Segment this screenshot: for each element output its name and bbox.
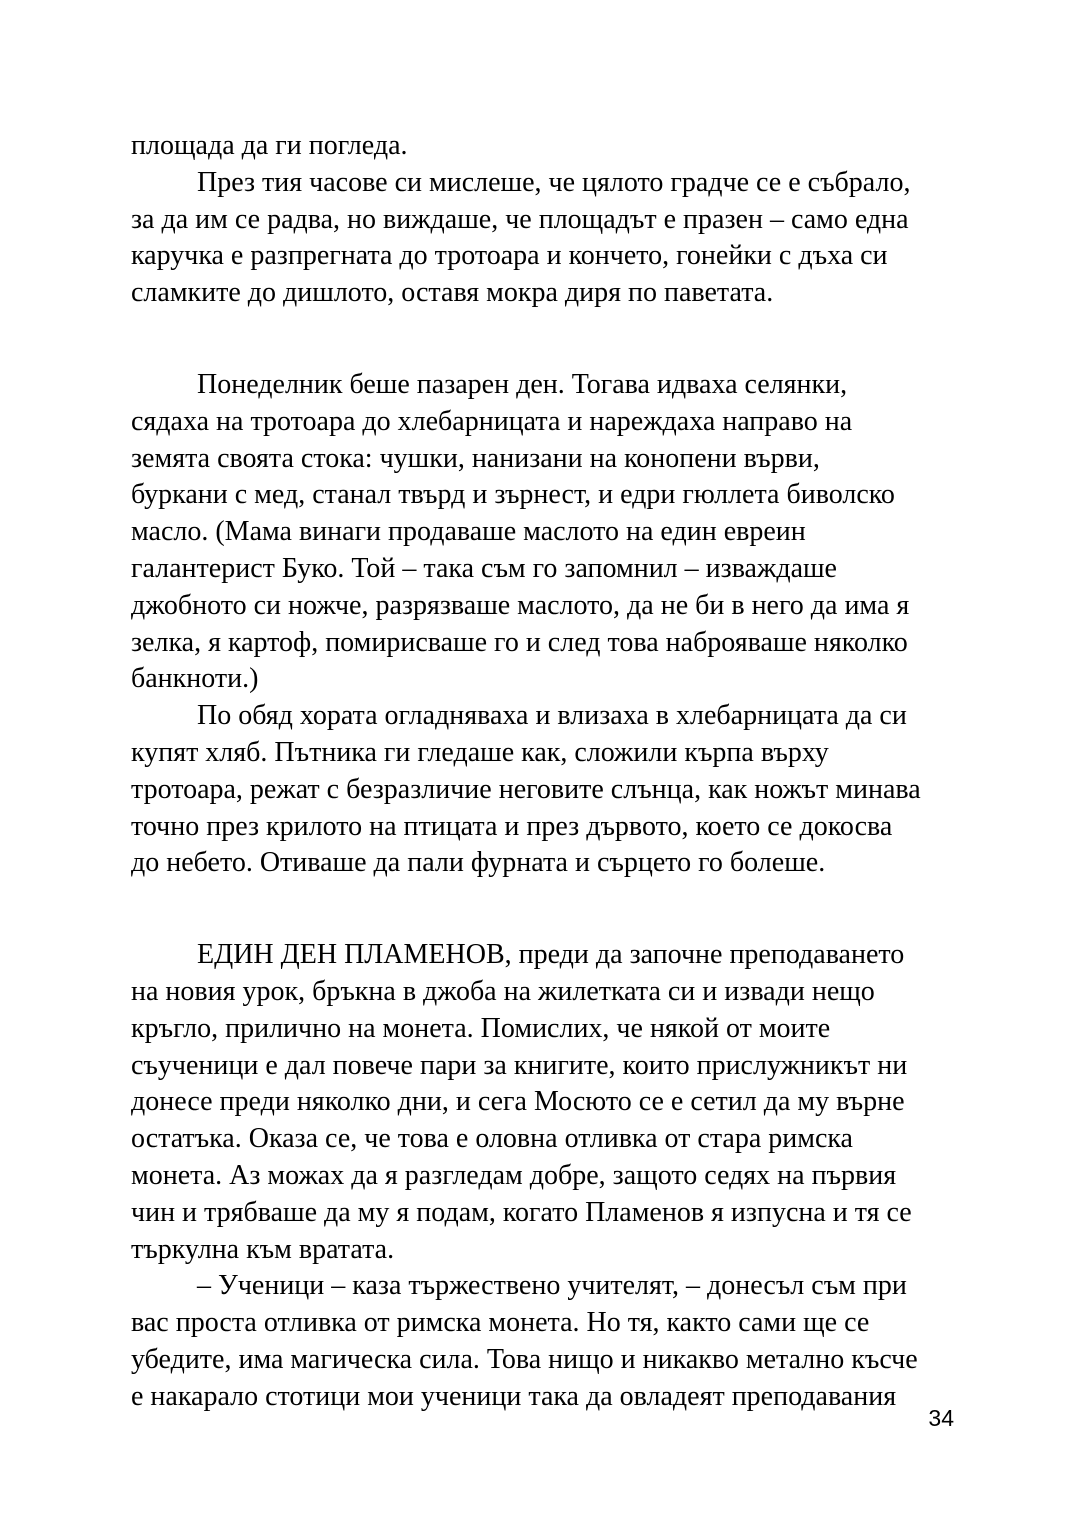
text-line: галантерист Буко. Той – така съм го запо… bbox=[131, 551, 956, 588]
text-line: зелка, я картоф, помирисваше го и след т… bbox=[131, 625, 956, 662]
text-line: – Ученици – каза тържествено учителят, –… bbox=[131, 1268, 956, 1305]
text-line: Понеделник беше пазарен ден. Тогава идва… bbox=[131, 367, 956, 404]
text-line: чин и трябваше да му я подам, когато Пла… bbox=[131, 1195, 956, 1232]
text-line: е накарало стотици мои ученици така да о… bbox=[131, 1379, 956, 1416]
paragraph: По обяд хората огладняваха и влизаха в х… bbox=[131, 698, 956, 882]
text-line: През тия часове си мислеше, че цялото гр… bbox=[131, 165, 956, 202]
paragraph: Понеделник беше пазарен ден. Тогава идва… bbox=[131, 367, 956, 698]
text-line: точно през крилото на птицата и през дър… bbox=[131, 809, 956, 846]
page-number: 34 bbox=[928, 1405, 954, 1432]
text-line: на новия урок, бръкна в джоба на жилетка… bbox=[131, 974, 956, 1011]
text-line: убедите, има магическа сила. Това нищо и… bbox=[131, 1342, 956, 1379]
text-line: земята своята стока: чушки, нанизани на … bbox=[131, 441, 956, 478]
text-line: каручка е разпрегната до тротоара и конч… bbox=[131, 238, 956, 275]
text-line: ЕДИН ДЕН ПЛАМЕНОВ, преди да започне преп… bbox=[131, 937, 956, 974]
text-line: тротоара, режат с безразличие неговите с… bbox=[131, 772, 956, 809]
text-line: джобното си ножче, разрязваше маслото, д… bbox=[131, 588, 956, 625]
paragraph: През тия часове си мислеше, че цялото гр… bbox=[131, 165, 956, 312]
text-line: вас проста отливка от римска монета. Но … bbox=[131, 1305, 956, 1342]
document-page: площада да ги погледа.През тия часове си… bbox=[0, 0, 1080, 1527]
text-line: купят хляб. Пътника ги гледаше как, слож… bbox=[131, 735, 956, 772]
text-line: до небето. Отиваше да пали фурната и сър… bbox=[131, 845, 956, 882]
text-line: кръгло, прилично на монета. Помислих, че… bbox=[131, 1011, 956, 1048]
page-text: площада да ги погледа.През тия часове си… bbox=[131, 128, 956, 1416]
text-line: По обяд хората огладняваха и влизаха в х… bbox=[131, 698, 956, 735]
text-line: сламките до дишлото, оставя мокра диря п… bbox=[131, 275, 956, 312]
paragraph: ЕДИН ДЕН ПЛАМЕНОВ, преди да започне преп… bbox=[131, 937, 956, 1268]
text-line: донесе преди няколко дни, и сега Мосюто … bbox=[131, 1084, 956, 1121]
text-line: сядаха на тротоара до хлебарницата и нар… bbox=[131, 404, 956, 441]
text-line: търкулна към вратата. bbox=[131, 1232, 956, 1269]
text-line: масло. (Мама винаги продаваше маслото на… bbox=[131, 514, 956, 551]
text-line: за да им се радва, но виждаше, че площад… bbox=[131, 202, 956, 239]
text-line: площада да ги погледа. bbox=[131, 128, 956, 165]
text-line: монета. Аз можах да я разгледам добре, з… bbox=[131, 1158, 956, 1195]
text-line: буркани с мед, станал твърд и зърнест, и… bbox=[131, 477, 956, 514]
text-line: банкноти.) bbox=[131, 661, 956, 698]
paragraph: площада да ги погледа. bbox=[131, 128, 956, 165]
text-line: остатъка. Оказа се, че това е оловна отл… bbox=[131, 1121, 956, 1158]
text-line: съученици е дал повече пари за книгите, … bbox=[131, 1048, 956, 1085]
paragraph: – Ученици – каза тържествено учителят, –… bbox=[131, 1268, 956, 1415]
